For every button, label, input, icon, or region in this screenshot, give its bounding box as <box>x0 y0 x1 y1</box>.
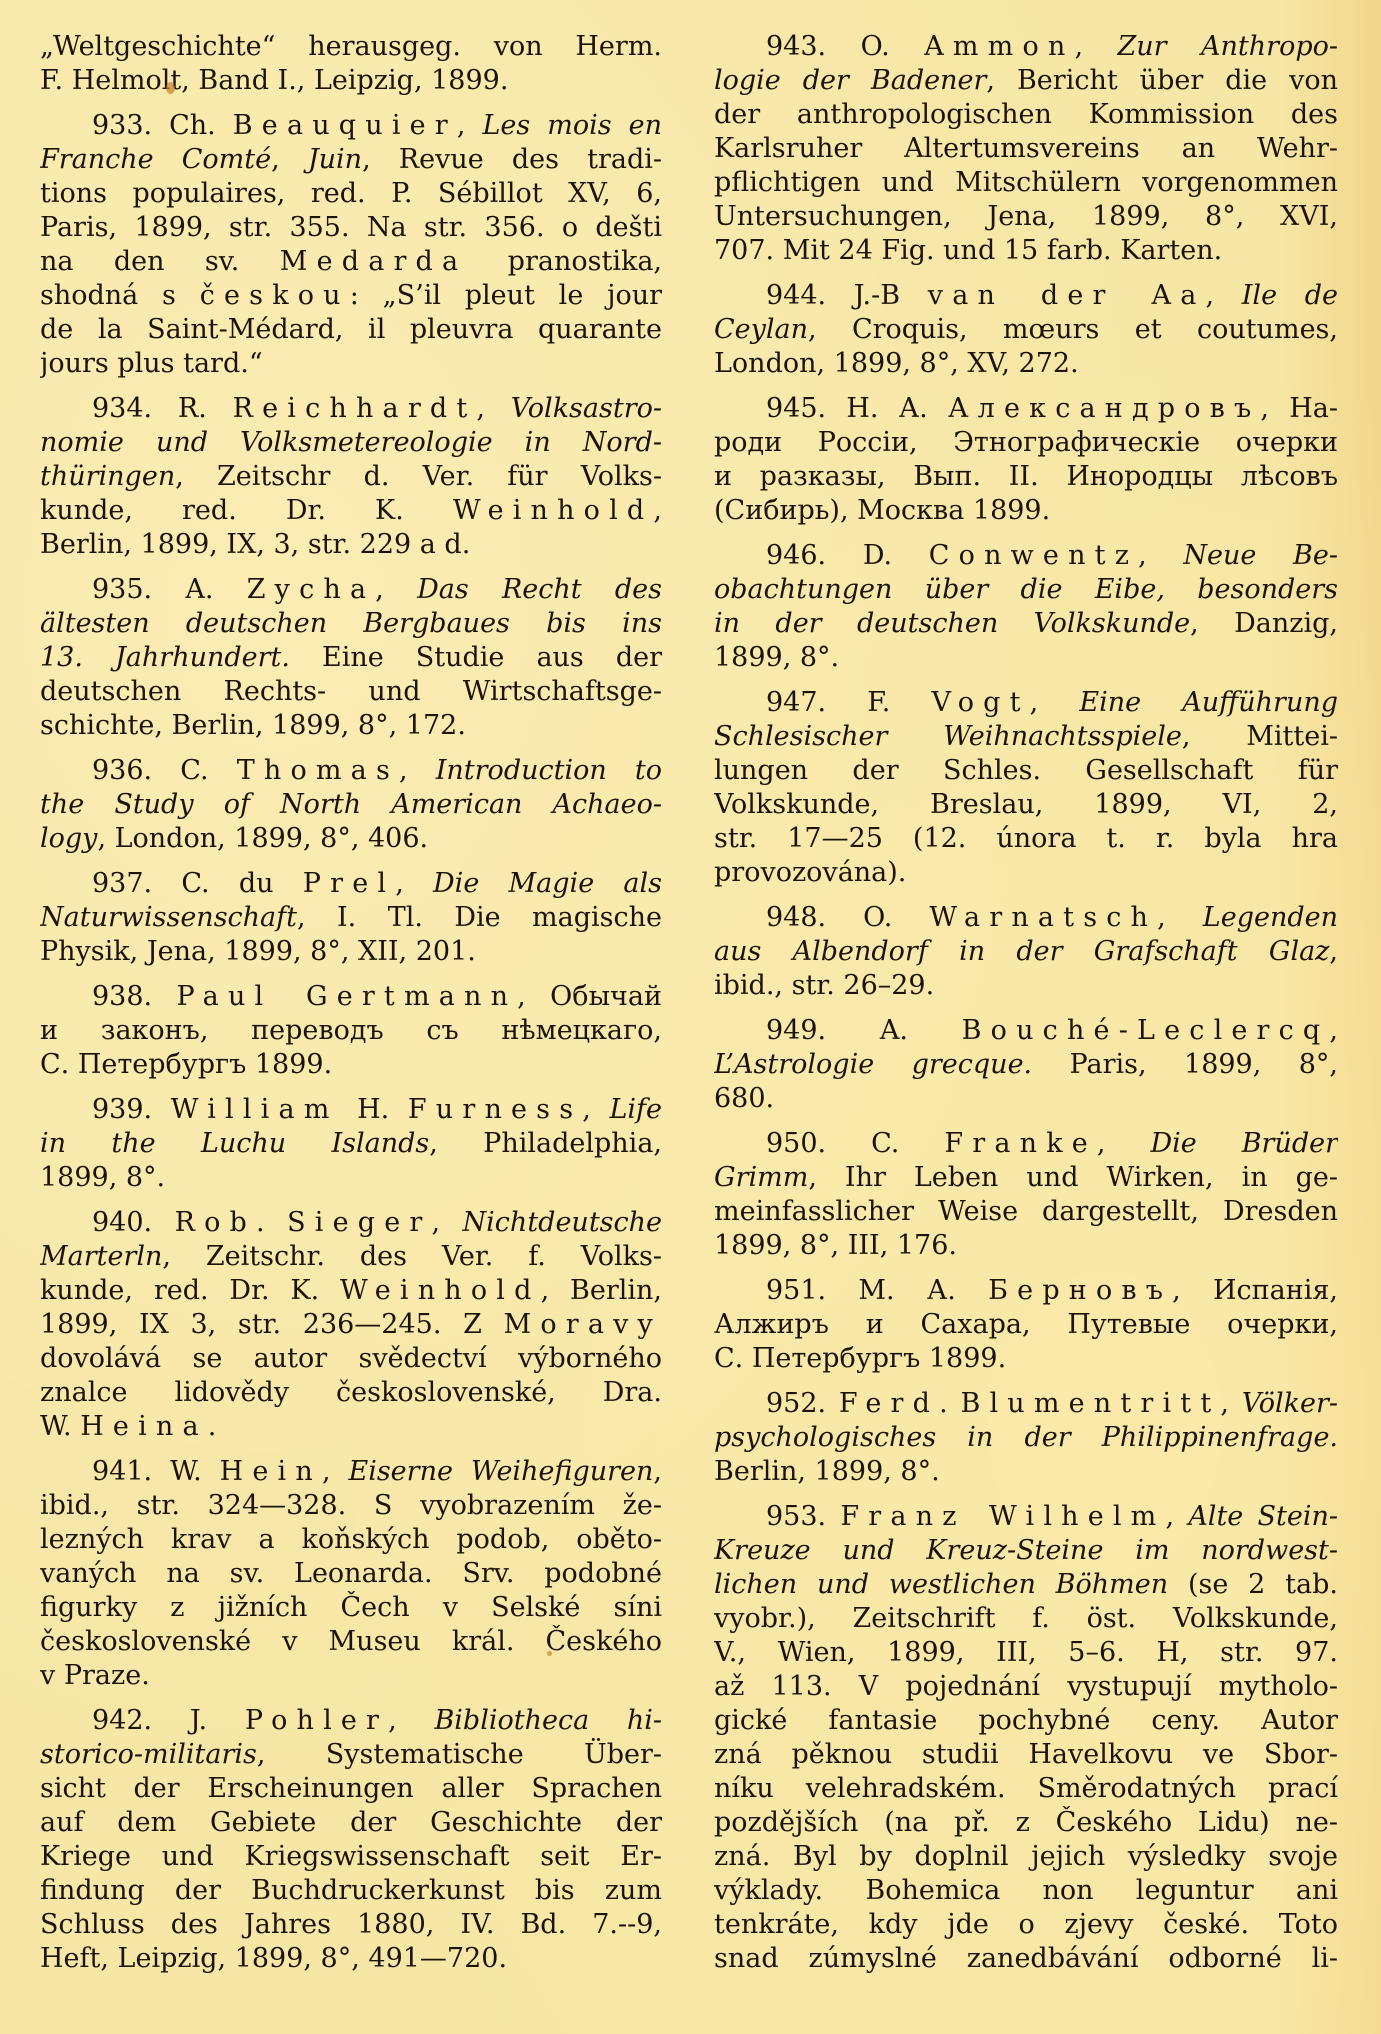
text-run: , <box>1157 902 1203 933</box>
italic-title: Les mois en <box>482 110 662 141</box>
text-line: Schlesischer Weihnachtsspiele, Mittei- <box>714 720 1338 754</box>
text-line: kunde, red. Dr. K. Weinhold, <box>40 494 662 528</box>
author-name: Ferd <box>839 1388 939 1419</box>
text-line: Franche Comté, Juin, Revue des tradi- <box>40 143 662 177</box>
text-run: . <box>256 1207 287 1238</box>
text-run: 942. J. <box>92 1705 245 1736</box>
text-run: znalce lidovědy československé, Dra. <box>40 1377 662 1408</box>
text-line: československé v Museu král. Českého <box>40 1625 662 1659</box>
italic-title: Grimm <box>714 1162 808 1193</box>
text-run: 952. <box>766 1388 839 1419</box>
text-line: schichte, Berlin, 1899, 8°, 172. <box>40 709 662 743</box>
text-run: 947. F. <box>766 687 932 718</box>
text-line: Volkskunde, Breslau, 1899, VI, 2, <box>714 788 1338 822</box>
text-run: Physik, Jena, 1899, 8°, XII, 201. <box>40 936 476 967</box>
bibliography-entry-946: 946. D. Conwentz, Neue Be-obachtungen üb… <box>714 539 1338 675</box>
text-line: findung der Buchdruckerkunst bis zum <box>40 1874 662 1908</box>
text-run: 1899, IX 3, str. 236—245. Z <box>40 1309 504 1340</box>
text-run: , Danzig, <box>1190 608 1338 639</box>
text-line: Grimm, Ihr Leben und Wirken, in ge- <box>714 1161 1338 1195</box>
text-run: dovolává se autor svědectví výborného <box>40 1343 662 1374</box>
text-line: vaných na sv. Leonarda. Srv. podobné <box>40 1557 662 1591</box>
text-run: 680. <box>714 1083 774 1114</box>
text-run: 943. O. <box>766 31 924 62</box>
text-line: ältesten deutschen Bergbaues bis ins <box>40 607 662 641</box>
text-line: Berlin, 1899, IX, 3, str. 229 a d. <box>40 528 662 562</box>
text-run: na den sv. <box>40 246 280 277</box>
text-run: , <box>322 1456 349 1487</box>
bibliography-entry-940: 940. Rob. Sieger, NichtdeutscheMarterln,… <box>40 1206 662 1444</box>
text-line: 943. O. Ammon, Zur Anthropo- <box>714 30 1338 64</box>
text-run: 948. O. <box>766 902 929 933</box>
text-run: , <box>1329 1015 1338 1046</box>
text-run: , Croquis, mœurs et coutumes, <box>808 314 1338 345</box>
text-line: znalce lidovědy československé, Dra. <box>40 1376 662 1410</box>
author-name: Conwentz <box>929 540 1138 571</box>
text-run: , <box>582 1094 609 1125</box>
author-name: Beauquier <box>233 110 457 141</box>
text-line: Kreuze und Kreuz-Steine im nordwest- <box>714 1534 1338 1568</box>
text-run: v Praze. <box>40 1660 150 1691</box>
text-line: 947. F. Vogt, Eine Aufführung <box>714 686 1338 720</box>
text-line: lichen und westlichen Böhmen (se 2 tab. <box>714 1568 1338 1602</box>
author-name: Reichhardt <box>233 393 477 424</box>
text-run: , <box>653 495 662 526</box>
text-run: London, 1899, 8°, XV, 272. <box>714 348 1079 379</box>
bibliography-entry-941: 941. W. Hein, Eiserne Weihefiguren,ibid.… <box>40 1455 662 1693</box>
left-column: „Weltgeschichte“ herausgeg. von Herm.F. … <box>40 30 662 1987</box>
text-run: Paris, 1899, 8°, <box>1032 1049 1338 1080</box>
text-run: 937. C. du <box>92 868 303 899</box>
text-line: 952. Ferd. Blumentritt, Völker- <box>714 1387 1338 1421</box>
text-line: shodná s českou: „S’il pleut le jour <box>40 279 662 313</box>
italic-title: Zur Anthropo- <box>1118 31 1338 62</box>
italic-title: aus Albendorf in der Grafschaft Glaz <box>714 936 1329 967</box>
text-line: lezných krav a koňských podob, oběto- <box>40 1523 662 1557</box>
text-run: , Ihr Leben und Wirken, in ge- <box>808 1162 1338 1193</box>
bibliography-entry-951: 951. М. А. Берновъ, Испанія,Алжиръ и Сах… <box>714 1274 1338 1376</box>
italic-title: Eine Aufführung <box>1079 687 1338 718</box>
text-run: 951. М. А. <box>766 1275 988 1306</box>
bibliography-entry-949: 949. A. Bouché-Leclercq,L’Astrologie gre… <box>714 1014 1338 1116</box>
author-name: Rob <box>175 1207 256 1238</box>
italic-title: Bibliotheca hi- <box>434 1705 662 1736</box>
text-line: deutschen Rechts- und Wirtschaftsge- <box>40 675 662 709</box>
text-run: auf dem Gebiete der Geschichte der <box>40 1807 662 1838</box>
text-line: logy, London, 1899, 8°, 406. <box>40 822 662 856</box>
italic-title: Naturwissenschaft <box>40 902 297 933</box>
text-line: V., Wien, 1899, III, 5–6. H, str. 97. <box>714 1636 1338 1670</box>
bibliography-entry-945: 945. Н. А. Александровъ, На-роди Россіи,… <box>714 392 1338 528</box>
italic-title: Life <box>609 1094 662 1125</box>
text-run: : „S’il pleut le jour <box>350 280 662 311</box>
text-run: и законъ, переводъ съ нѣмецкаго, <box>40 1015 662 1046</box>
text-run: С. Петербургъ 1899. <box>40 1049 332 1080</box>
text-line: Untersuchungen, Jena, 1899, 8°, XVI, <box>714 200 1338 234</box>
text-run: československé v Museu král. Českého <box>40 1626 662 1657</box>
text-run: Berlin, 1899, 8°. <box>714 1456 940 1487</box>
author-name: Zycha <box>247 574 376 605</box>
text-line: the Study of North American Achaeo- <box>40 788 662 822</box>
text-line: 933. Ch. Beauquier, Les mois en <box>40 109 662 143</box>
italic-title: Neue Be- <box>1183 540 1338 571</box>
text-run: 1899, 8°. <box>714 642 839 673</box>
text-line: „Weltgeschichte“ herausgeg. von Herm. <box>40 30 662 64</box>
italic-title: Nichtdeutsche <box>463 1207 662 1238</box>
author-name: Vogt <box>932 687 1030 718</box>
text-run: vyobr.), Zeitschrift f. öst. Volkskunde, <box>714 1603 1338 1634</box>
text-run: Алжиръ и Сахара, Путевые очерки, <box>714 1309 1338 1340</box>
text-run: gické fantasie pochybné ceny. Autor <box>714 1705 1338 1736</box>
bibliography-entry-943: 943. O. Ammon, Zur Anthropo-logie der Ba… <box>714 30 1338 268</box>
text-line: Karlsruher Altertumsvereins an Wehr- <box>714 132 1338 166</box>
text-line: роди Россіи, Этнографическіе очерки <box>714 426 1338 460</box>
text-line: L’Astrologie grecque. Paris, 1899, 8°, <box>714 1048 1338 1082</box>
text-run: W. <box>40 1411 80 1442</box>
italic-title: Juin <box>308 144 362 175</box>
document-page: „Weltgeschichte“ herausgeg. von Herm.F. … <box>0 0 1381 2034</box>
text-line: Ceylan, Croquis, mœurs et coutumes, <box>714 313 1338 347</box>
text-run: až 113. V pojednání vystupují mytholo- <box>714 1671 1338 1702</box>
text-line: až 113. V pojednání vystupují mytholo- <box>714 1670 1338 1704</box>
text-run: kunde, red. Dr. K. <box>40 495 453 526</box>
text-line: zná pěknou studii Havelkovu ve Sbor- <box>714 1738 1338 1772</box>
text-line: výklady. Bohemica non leguntur ani <box>714 1874 1338 1908</box>
text-line: Berlin, 1899, 8°. <box>714 1455 1338 1489</box>
text-line: tions populaires, red. P. Sébillot XV, 6… <box>40 177 662 211</box>
text-line: níku velehradském. Směrodatných prací <box>714 1772 1338 1806</box>
author-name: Weinhold <box>453 495 654 526</box>
text-run: jours plus tard.“ <box>40 348 263 379</box>
text-run: 940. <box>92 1207 175 1238</box>
text-run: , <box>1329 936 1338 967</box>
text-run: , <box>1205 280 1241 311</box>
text-run: 934. R. <box>92 393 233 424</box>
text-line: London, 1899, 8°, XV, 272. <box>714 347 1338 381</box>
text-run: , <box>388 1705 434 1736</box>
text-run: snad zúmyslné zanedbávání odborné li- <box>714 1943 1338 1974</box>
text-run: H. <box>339 1094 408 1125</box>
text-line: snad zúmyslné zanedbávání odborné li- <box>714 1942 1338 1976</box>
italic-title: Ceylan <box>714 314 808 345</box>
text-run: , Zeitschr d. Ver. für Volks- <box>175 461 662 492</box>
text-run: 933. Ch. <box>92 110 233 141</box>
text-run: sicht der Erscheinungen aller Sprachen <box>40 1773 662 1804</box>
text-line: zná. Byl by doplnil jejich výsledky svoj… <box>714 1840 1338 1874</box>
text-run: , <box>399 755 436 786</box>
text-line: 1899, 8°. <box>714 641 1338 675</box>
author-name: Warnatsch <box>929 902 1157 933</box>
text-line: psychologisches in der Philippinenfrage. <box>714 1421 1338 1455</box>
text-run: Paris, 1899, str. 355. Na str. 356. o de… <box>40 212 662 243</box>
text-run: výklady. Bohemica non leguntur ani <box>714 1875 1338 1906</box>
bibliography-entry-953: 953. Franz Wilhelm, Alte Stein-Kreuze un… <box>714 1500 1338 1976</box>
author-name: Sieger <box>287 1207 431 1238</box>
bibliography-entry-944: 944. J.-B van der Aa, Ile deCeylan, Croq… <box>714 279 1338 381</box>
italic-title: Marterln <box>40 1241 162 1272</box>
italic-title: Eiserne Weihefiguren <box>348 1456 653 1487</box>
text-run: . <box>208 1411 217 1442</box>
text-run: , <box>653 1456 662 1487</box>
text-line: Heft, Leipzig, 1899, 8°, 491—720. <box>40 1942 662 1976</box>
text-run: Kriege und Kriegswissenschaft seit Er- <box>40 1841 662 1872</box>
text-run: , Bericht über die von <box>986 65 1338 96</box>
text-run: , Revue des tradi- <box>362 144 662 175</box>
text-run: findung der Buchdruckerkunst bis zum <box>40 1875 662 1906</box>
author-name: Prel <box>303 868 395 899</box>
bibliography-entry-947: 947. F. Vogt, Eine AufführungSchlesische… <box>714 686 1338 890</box>
italic-title: logy <box>40 823 97 854</box>
author-name: Blumentritt <box>960 1388 1220 1419</box>
italic-title: Alte Stein- <box>1188 1501 1338 1532</box>
text-run: (Сибирь), Москва 1899. <box>714 495 1050 526</box>
text-line: provozována). <box>714 856 1338 890</box>
italic-title: Ile de <box>1242 280 1338 311</box>
text-run: , Обычай <box>517 981 662 1012</box>
text-line: tenkráte, kdy jde o zjevy české. Toto <box>714 1908 1338 1942</box>
text-line: nomie und Volksmetereologie in Nord- <box>40 426 662 460</box>
text-run: 950. C. <box>766 1128 944 1159</box>
bibliography-entry-938: 938. Paul Gertmann, Обычайи законъ, пере… <box>40 980 662 1082</box>
text-run: Berlin, 1899, IX, 3, str. 229 a d. <box>40 529 470 560</box>
text-run: 1899, 8°. <box>40 1162 165 1193</box>
italic-title: Legenden <box>1203 902 1338 933</box>
bibliography-entry-950: 950. C. Franke, Die BrüderGrimm, Ihr Leb… <box>714 1127 1338 1263</box>
italic-title: psychologisches in der Philippinenfrage. <box>714 1422 1338 1453</box>
text-run: 953. <box>766 1501 840 1532</box>
bibliography-entry-939: 939. William H. Furness, Lifein the Luch… <box>40 1093 662 1195</box>
text-line: sicht der Erscheinungen aller Sprachen <box>40 1772 662 1806</box>
author-name: Ammon <box>924 31 1074 62</box>
text-run: , Philadelphia, <box>429 1128 662 1159</box>
text-run: der anthropologischen Kommission des <box>714 99 1338 130</box>
text-run: F. Helmolt, Band I., Leipzig, 1899. <box>40 65 508 96</box>
bibliography-entry-952: 952. Ferd. Blumentritt, Völker-psycholog… <box>714 1387 1338 1489</box>
text-run: 938. <box>92 981 177 1012</box>
text-line: (Сибирь), Москва 1899. <box>714 494 1338 528</box>
italic-title: Volksastro- <box>511 393 662 424</box>
text-line: Kriege und Kriegswissenschaft seit Er- <box>40 1840 662 1874</box>
text-run: , Mittei- <box>1182 721 1338 752</box>
author-name: Thomas <box>237 755 399 786</box>
author-name: William <box>171 1094 339 1125</box>
text-line: 946. D. Conwentz, Neue Be- <box>714 539 1338 573</box>
author-name: Pohler <box>245 1705 388 1736</box>
text-line: Naturwissenschaft, I. Tl. Die magische <box>40 901 662 935</box>
text-line: str. 17—25 (12. února t. r. byla hra <box>714 822 1338 856</box>
text-line: 1899, 8°, III, 176. <box>714 1229 1338 1263</box>
text-run: , <box>1097 1128 1151 1159</box>
text-line: ibid., str. 26–29. <box>714 969 1338 1003</box>
text-run: , <box>395 868 433 899</box>
text-run: tions populaires, red. P. Sébillot XV, 6… <box>40 178 662 209</box>
text-run: роди Россіи, Этнографическіе очерки <box>714 427 1338 458</box>
text-line: 939. William H. Furness, Life <box>40 1093 662 1127</box>
bibliography-entry-937: 937. C. du Prel, Die Magie alsNaturwisse… <box>40 867 662 969</box>
text-run: , <box>431 1207 462 1238</box>
text-run: ibid., str. 324—328. S vyobrazením že- <box>40 1490 662 1521</box>
text-run: 949. A. <box>766 1015 962 1046</box>
text-line: lungen der Schles. Gesellschaft für <box>714 754 1338 788</box>
text-run: 941. W. <box>92 1456 220 1487</box>
text-run: Karlsruher Altertumsvereins an Wehr- <box>714 133 1338 164</box>
text-line: auf dem Gebiete der Geschichte der <box>40 1806 662 1840</box>
text-line: pflichtigen und Mitschülern vorgenommen <box>714 166 1338 200</box>
text-run: , London, 1899, 8°, 406. <box>97 823 428 854</box>
author-name: van der Aa <box>928 280 1206 311</box>
text-run: Schluss des Jahres 1880, IV. Bd. 7.--9, <box>40 1909 662 1940</box>
text-line: 944. J.-B van der Aa, Ile de <box>714 279 1338 313</box>
author-name: českou <box>200 280 350 311</box>
text-line: 13. Jahrhundert. Eine Studie aus der <box>40 641 662 675</box>
text-line: meinfasslicher Weise dargestellt, Dresde… <box>714 1195 1338 1229</box>
author-name: Heina <box>80 1411 208 1442</box>
bibliography-entry-948: 948. O. Warnatsch, Legendenaus Albendorf… <box>714 901 1338 1003</box>
text-line: и законъ, переводъ съ нѣмецкаго, <box>40 1014 662 1048</box>
text-line: jours plus tard.“ <box>40 347 662 381</box>
text-run: 946. D. <box>766 540 929 571</box>
right-column: 943. O. Ammon, Zur Anthropo-logie der Ba… <box>714 30 1338 1987</box>
bibliography-entry-936: 936. C. Thomas, Introduction tothe Study… <box>40 754 662 856</box>
text-line: na den sv. Medarda pranostika, <box>40 245 662 279</box>
italic-title: in der deutschen Volkskunde <box>714 608 1190 639</box>
author-name: Paul Gertmann <box>177 981 518 1012</box>
text-line: 948. O. Warnatsch, Legenden <box>714 901 1338 935</box>
bibliography-entry-942: 942. J. Pohler, Bibliotheca hi-storico-m… <box>40 1704 662 1976</box>
text-run: . <box>939 1388 960 1419</box>
text-run: 935. A. <box>92 574 247 605</box>
text-line: kunde, red. Dr. K. Weinhold, Berlin, <box>40 1274 662 1308</box>
text-line: 941. W. Hein, Eiserne Weihefiguren, <box>40 1455 662 1489</box>
italic-title: Introduction to <box>436 755 662 786</box>
author-name: Hein <box>220 1456 322 1487</box>
text-run: 707. Mit 24 Fig. und 15 farb. Karten. <box>714 235 1222 266</box>
text-line: 935. A. Zycha, Das Recht des <box>40 573 662 607</box>
italic-title: ältesten deutschen Bergbaues bis ins <box>40 608 662 639</box>
text-run: , Zeitschr. des Ver. f. Volks- <box>162 1241 662 1272</box>
text-line: ibid., str. 324—328. S vyobrazením že- <box>40 1489 662 1523</box>
text-run: str. 17—25 (12. února t. r. byla hra <box>714 823 1338 854</box>
text-line: 942. J. Pohler, Bibliotheca hi- <box>40 1704 662 1738</box>
text-line: vyobr.), Zeitschrift f. öst. Volkskunde, <box>714 1602 1338 1636</box>
italic-title: nomie und Volksmetereologie in Nord- <box>40 427 662 458</box>
italic-title: L’Astrologie grecque. <box>714 1049 1032 1080</box>
text-line: 1899, IX 3, str. 236—245. Z Moravy <box>40 1308 662 1342</box>
text-run: (se 2 tab. <box>1168 1569 1338 1600</box>
text-run: tenkráte, kdy jde o zjevy české. Toto <box>714 1909 1338 1940</box>
text-run: , Berlin, <box>541 1275 662 1306</box>
text-run: V., Wien, 1899, III, 5–6. H, str. 97. <box>714 1637 1338 1668</box>
text-line: 707. Mit 24 Fig. und 15 farb. Karten. <box>714 234 1338 268</box>
text-line: Paris, 1899, str. 355. Na str. 356. o de… <box>40 211 662 245</box>
text-run: , Испанія, <box>1172 1275 1338 1306</box>
text-line: logie der Badener, Bericht über die von <box>714 64 1338 98</box>
text-run: pozdějších (na př. z Českého Lidu) ne- <box>714 1807 1338 1838</box>
text-line: Physik, Jena, 1899, 8°, XII, 201. <box>40 935 662 969</box>
text-run: , <box>271 144 308 175</box>
text-line: 950. C. Franke, Die Brüder <box>714 1127 1338 1161</box>
text-line: aus Albendorf in der Grafschaft Glaz, <box>714 935 1338 969</box>
italic-title: the Study of North American Achaeo- <box>40 789 662 820</box>
text-run: , <box>476 393 510 424</box>
paper-stain <box>166 82 175 94</box>
bibliography-entry-continuation: „Weltgeschichte“ herausgeg. von Herm.F. … <box>40 30 662 98</box>
text-run: de la Saint-Médard, il pleuvra quarante <box>40 314 662 345</box>
text-run: 1899, 8°, III, 176. <box>714 1230 957 1261</box>
text-run: , I. Tl. Die magische <box>297 902 662 933</box>
italic-title: storico-militaris <box>40 1739 257 1770</box>
italic-title: logie der Badener <box>714 65 986 96</box>
text-line: Marterln, Zeitschr. des Ver. f. Volks- <box>40 1240 662 1274</box>
text-run: shodná s <box>40 280 200 311</box>
text-run: С. Петербургъ 1899. <box>714 1343 1006 1374</box>
text-run: lezných krav a koňských podob, oběto- <box>40 1524 662 1555</box>
author-name: Furness <box>408 1094 582 1125</box>
author-name: Franke <box>944 1128 1097 1159</box>
text-line: in the Luchu Islands, Philadelphia, <box>40 1127 662 1161</box>
italic-title: Die Magie als <box>433 868 662 899</box>
text-line: pozdějších (na př. z Českého Lidu) ne- <box>714 1806 1338 1840</box>
text-run: и разказы, Вып. II. Инородцы лѣсовъ <box>714 461 1338 492</box>
text-run: lungen der Schles. Gesellschaft für <box>714 755 1338 786</box>
text-run: 936. C. <box>92 755 237 786</box>
text-run: Heft, Leipzig, 1899, 8°, 491—720. <box>40 1943 507 1974</box>
text-run: 944. J.-B <box>766 280 928 311</box>
paper-stain <box>547 1651 552 1656</box>
text-run: Volkskunde, Breslau, 1899, VI, 2, <box>714 789 1338 820</box>
bibliography-entry-933: 933. Ch. Beauquier, Les mois enFranche C… <box>40 109 662 381</box>
italic-title: Schlesischer Weihnachtsspiele <box>714 721 1182 752</box>
text-run: vaných na sv. Leonarda. Srv. podobné <box>40 1558 662 1589</box>
text-line: v Praze. <box>40 1659 662 1693</box>
text-run: , <box>1165 1501 1188 1532</box>
text-line: F. Helmolt, Band I., Leipzig, 1899. <box>40 64 662 98</box>
text-line: obachtungen über die Eibe, besonders <box>714 573 1338 607</box>
author-name: Берновъ <box>988 1275 1172 1306</box>
text-run: pflichtigen und Mitschülern vorgenommen <box>714 167 1338 198</box>
italic-title: lichen und westlichen Böhmen <box>714 1569 1168 1600</box>
text-line: figurky z jižních Čech v Selské síni <box>40 1591 662 1625</box>
text-line: gické fantasie pochybné ceny. Autor <box>714 1704 1338 1738</box>
text-line: in der deutschen Volkskunde, Danzig, <box>714 607 1338 641</box>
text-run: 939. <box>92 1094 171 1125</box>
text-line: Алжиръ и Сахара, Путевые очерки, <box>714 1308 1338 1342</box>
italic-title: in the Luchu Islands <box>40 1128 429 1159</box>
text-line: 940. Rob. Sieger, Nichtdeutsche <box>40 1206 662 1240</box>
text-run: provozována). <box>714 857 906 888</box>
text-run: , <box>1138 540 1183 571</box>
text-run: 945. Н. А. <box>766 393 948 424</box>
text-line: 953. Franz Wilhelm, Alte Stein- <box>714 1500 1338 1534</box>
author-name: Bouché-Leclercq <box>962 1015 1330 1046</box>
text-run: meinfasslicher Weise dargestellt, Dresde… <box>714 1196 1338 1227</box>
text-line: 936. C. Thomas, Introduction to <box>40 754 662 788</box>
text-run: Eine Studie aus der <box>290 642 662 673</box>
text-line: 937. C. du Prel, Die Magie als <box>40 867 662 901</box>
text-run: kunde, red. Dr. K. <box>40 1275 340 1306</box>
italic-title: obachtungen über die Eibe, besonders <box>714 574 1338 605</box>
author-name: Franz Wilhelm <box>840 1501 1165 1532</box>
author-name: Александровъ <box>948 393 1260 424</box>
italic-title: thüringen <box>40 461 175 492</box>
text-line: Schluss des Jahres 1880, IV. Bd. 7.--9, <box>40 1908 662 1942</box>
bibliography-entry-934: 934. R. Reichhardt, Volksastro-nomie und… <box>40 392 662 562</box>
text-line: 1899, 8°. <box>40 1161 662 1195</box>
text-run: deutschen Rechts- und Wirtschaftsge- <box>40 676 662 707</box>
text-run: zná. Byl by doplnil jejich výsledky svoj… <box>714 1841 1338 1872</box>
text-line: 934. R. Reichhardt, Volksastro- <box>40 392 662 426</box>
text-run: zná pěknou studii Havelkovu ve Sbor- <box>714 1739 1338 1770</box>
